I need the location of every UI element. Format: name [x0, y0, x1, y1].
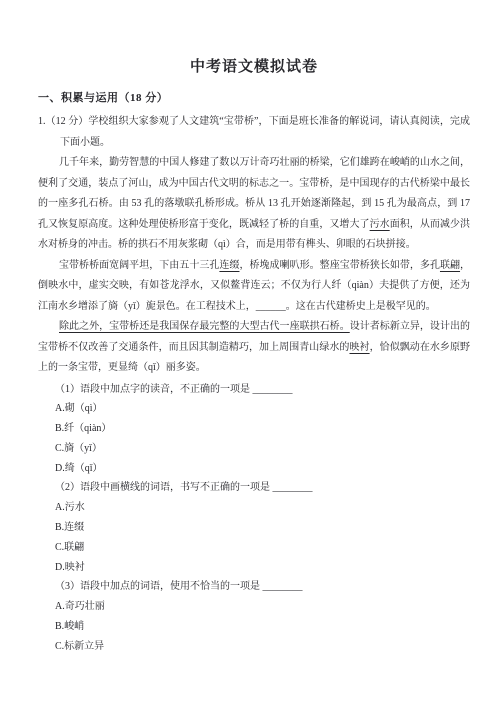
sub-question-1-option-b: B.纤（qiàn） [55, 419, 470, 439]
sub-question-3-label: （3）语段中加点的词语，使用不恰当的一项是 ________ [55, 577, 470, 597]
sub-question-1-option-c: C.旖（yǐ） [55, 439, 470, 459]
underlined-word-wushui: 污水 [370, 219, 390, 230]
page-content: 中考语文模拟试卷 一、积累与运用（18 分） 1.（12 分）学校组织大家参观了… [0, 0, 500, 657]
sub-question-1-option-d: D.绮（qǐ） [55, 459, 470, 479]
sub-question-3-option-b: B.峻峭 [55, 617, 470, 637]
passage-paragraph-1: 几千年来，勤劳智慧的中国人修建了数以万计奇巧壮丽的桥梁，它们雄跨在峻峭的山水之间… [38, 153, 470, 256]
sub-question-2-label: （2）语段中画横线的词语，书写不正确的一项是 ________ [55, 478, 470, 498]
sub-question-1-label: （1）语段中加点字的读音，不正确的一项是 ________ [55, 380, 470, 400]
page-title: 中考语文模拟试卷 [38, 56, 470, 78]
question-1-block: 1.（12 分）学校组织大家参观了人文建筑“宝带桥”，下面是班长准备的解说词，请… [38, 112, 470, 657]
passage-paragraph-3: 除此之外，宝带桥还是我国保存最完整的大型古代一座联拱石桥。设计者标新立异，设计出… [38, 317, 470, 379]
passage-paragraph-2: 宝带桥桥面宽阔平坦，下由五十三孔连缀，桥堍成喇叭形。整座宝带桥狭长如带，多孔联翩… [38, 256, 470, 318]
sub-questions: （1）语段中加点字的读音，不正确的一项是 ________ A.砌（qì） B.… [38, 380, 470, 657]
sub-question-2-option-c: C.联翩 [55, 538, 470, 558]
question-1-lead: 1.（12 分）学校组织大家参观了人文建筑“宝带桥”，下面是班长准备的解说词，请… [38, 112, 470, 153]
sub-question-2-option-b: B.连缀 [55, 518, 470, 538]
sub-question-1-option-a: A.砌（qì） [55, 399, 470, 419]
underlined-word-lianpian: 联翩 [440, 260, 460, 271]
section-heading: 一、积累与运用（18 分） [38, 90, 470, 106]
sub-question-3-option-a: A.奇巧壮丽 [55, 597, 470, 617]
sub-question-2-option-a: A.污水 [55, 498, 470, 518]
underlined-word-lianzhui: 连缀 [219, 260, 239, 271]
sub-question-3-option-c: C.标新立异 [55, 637, 470, 657]
exam-document-page: 中考语文模拟试卷 一、积累与运用（18 分） 1.（12 分）学校组织大家参观了… [0, 0, 500, 707]
passage-text-run: 宝带桥桥面宽阔平坦，下由五十三孔 [59, 260, 219, 271]
passage-text-run: ，桥堍成喇叭形。整座宝带桥狭长如带，多孔 [239, 260, 440, 271]
underlined-word-yingchen: 映衬 [349, 342, 369, 353]
underlined-sentence: 除此之外，宝带桥还是我国保存最完整的大型古代一座联拱石桥。 [59, 321, 350, 332]
sub-question-2-option-d: D.映衬 [55, 558, 470, 578]
